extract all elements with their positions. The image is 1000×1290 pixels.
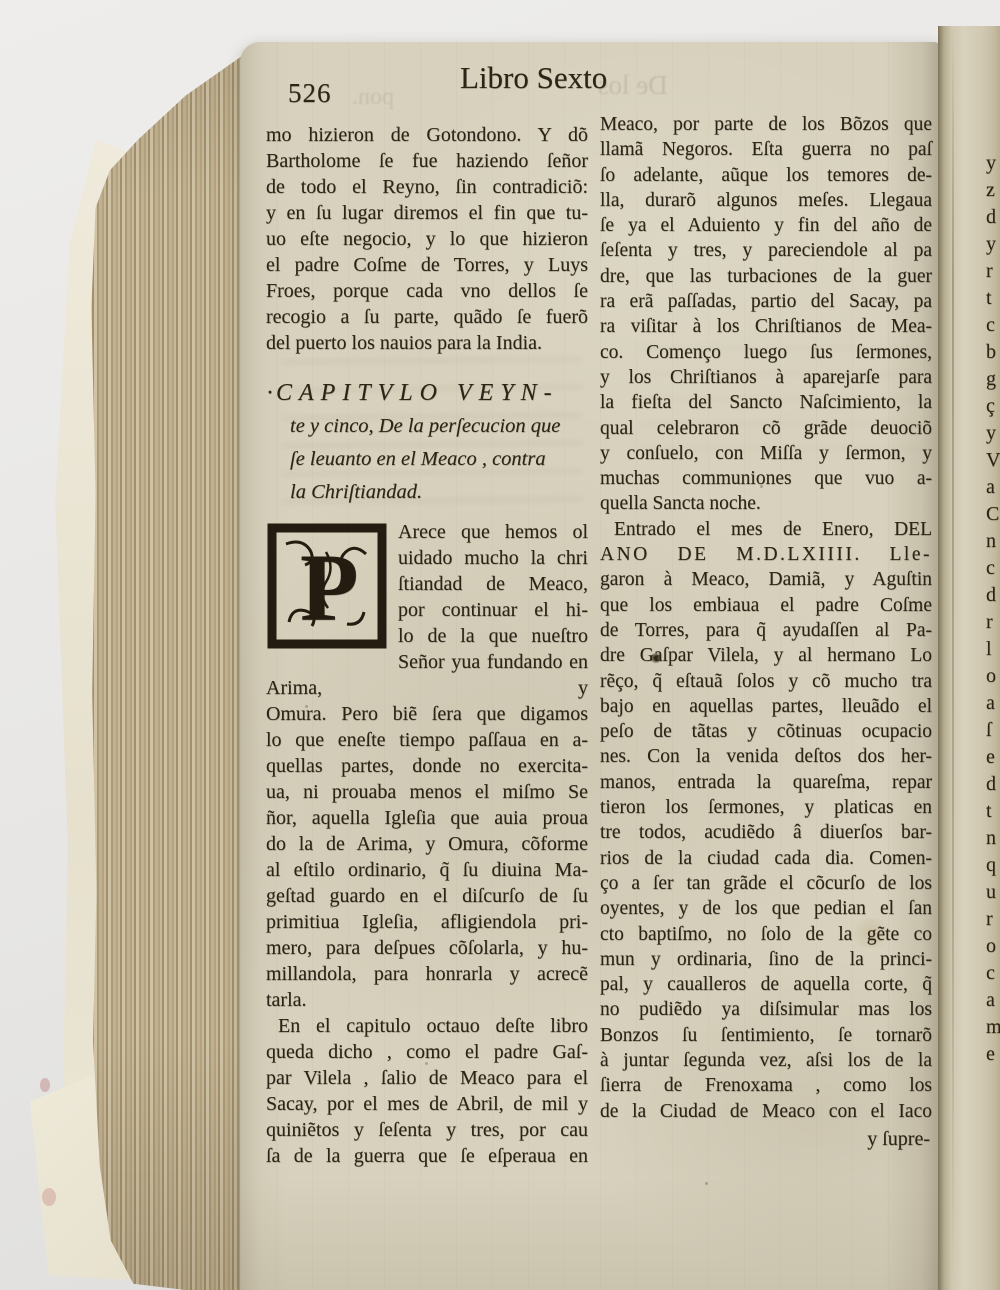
text-line: de la Ciudad de Meaco con el Iaco: [600, 1099, 932, 1124]
paragraph: En el capitulo octauo deſte libroqueda d…: [266, 1013, 588, 1169]
text-line: nes. Con la venida deſtos dos her-: [600, 744, 932, 769]
text-line: lla, durarõ algunos meſes. Llegaua: [600, 188, 932, 213]
text-line: t: [986, 798, 1000, 825]
text-line: ra erã paſſadas, partio del Sacay, pa: [600, 289, 932, 314]
text-line: geſtad guardo en el diſcurſo de ſu: [266, 883, 588, 909]
bleedthrough-text: De los: [598, 70, 668, 101]
catchword: y ſupre-: [600, 1127, 932, 1152]
text-line: primitiua Igleſia, afligiendola pri-: [266, 909, 588, 935]
text-line: Meaco, por parte de los Bõzos que: [600, 112, 932, 137]
text-line: peſo de tãtas y cõtinuas ocupacio: [600, 719, 932, 744]
text-line: ñor, aquella Igleſia que auia proua: [266, 805, 588, 831]
text-line: y en ſu lugar diremos el fin que tu-: [266, 200, 588, 226]
text-line: q: [986, 852, 1000, 879]
text-line: y: [986, 150, 1000, 177]
text-line: ſo adelante, aũque los temores de-: [600, 163, 932, 188]
text-line: mun y ordinaria, ſino de la princi-: [600, 947, 932, 972]
facing-page-letter-fragments: yzdyrtcbgçyVaCncdrloaſedtnqurocame: [986, 150, 1000, 1230]
text-line: g: [986, 366, 1000, 393]
column-left: mo hizieron de Gotondono. Y dõBartholome…: [266, 122, 588, 1169]
text-line: par Vilela , ſalio de Meaco para el: [266, 1065, 588, 1091]
text-line: o: [986, 663, 1000, 690]
text-line: m: [986, 1014, 1000, 1041]
text-line: Sacay, por el mes de Abril, de mil y: [266, 1091, 588, 1117]
text-line: y los Chriſtianos à aparejarſe para: [600, 365, 932, 390]
text-line: ſe leuanto en el Meaco , contra: [290, 443, 588, 476]
text-line: quellas partes, donde no exercita-: [266, 753, 588, 779]
text-line: a: [986, 987, 1000, 1014]
text-line: ç: [986, 393, 1000, 420]
text-line: dre Gaſpar Vilela, y al hermano Lo: [600, 643, 932, 668]
text-line: Señor yua fundando en Arima, y: [266, 649, 588, 701]
text-line: Omura. Pero biẽ ſera que digamos: [266, 701, 588, 727]
red-mark: [40, 1078, 50, 1092]
text-line: a: [986, 690, 1000, 717]
running-title: Libro Sexto: [460, 60, 607, 96]
text-line: oyentes, y de los que pedian el ſan: [600, 896, 932, 921]
paragraph-marker: ·: [266, 380, 276, 406]
text-line: b: [986, 339, 1000, 366]
text-line: c: [986, 312, 1000, 339]
text-line: t: [986, 285, 1000, 312]
text-line: Bartholome ſe fue haziendo ſeñor: [266, 148, 588, 174]
text-line: l: [986, 636, 1000, 663]
text-line: uo eſte negocio, y lo que hizieron: [266, 226, 588, 252]
text-line: del puerto los nauios para la India.: [266, 330, 588, 356]
chapter-heading: ·CAPITVLO VEYN- te y cinco, De la perſec…: [266, 376, 588, 509]
text-line: queda dicho , como el padre Gaſ-: [266, 1039, 588, 1065]
text-line: de Torres, para q̃ ayudaſſen al Pa-: [600, 618, 932, 643]
paragraph-continuation: Meaco, por parte de los Bõzos quellamã N…: [600, 112, 932, 517]
fanned-page-edges: [88, 46, 256, 1290]
text-line: y conſuelo, con Miſſa y ſermon, y: [600, 441, 932, 466]
text-line: rios de la ciudad cada dia. Comen-: [600, 846, 932, 871]
text-line: ua, ni prouaba menos el miſmo Se: [266, 779, 588, 805]
text-line: que los embiaua el padre Coſme: [600, 593, 932, 618]
paragraph: Entrado el mes de Enero, DELANO DE M.D.L…: [600, 517, 932, 1124]
bleedthrough-text: pon.: [352, 84, 394, 111]
chapter-heading-line1: ·CAPITVLO VEYN-: [266, 376, 588, 410]
text-line: ſeſenta y tres, y pareciendole al pa: [600, 238, 932, 263]
chapter-heading-rest: te y cinco, De la perſecucion queſe leua…: [266, 410, 588, 509]
column-right: Meaco, por parte de los Bõzos quellamã N…: [600, 112, 932, 1152]
book-photo: { "page": { "number": "526", "running_ti…: [0, 0, 1000, 1290]
text-line: recogio a ſu parte, quãdo ſe fuerõ: [266, 304, 588, 330]
paper-specks: [0, 0, 3, 3]
text-line: dre, que las turbaciones de la guer: [600, 264, 932, 289]
text-line: C: [986, 501, 1000, 528]
text-line: ſa de la guerra que ſe eſperaua en: [266, 1143, 588, 1169]
text-line: d: [986, 771, 1000, 798]
text-line: llamã Negoros. Eſta guerra no paſ: [600, 137, 932, 162]
text-line: u: [986, 879, 1000, 906]
text-line: En el capitulo octauo deſte libro: [266, 1013, 588, 1039]
woodcut-initial-P: P: [266, 522, 388, 650]
text-line: ſierra de Frenoxama , como los: [600, 1073, 932, 1098]
text-line: d: [986, 582, 1000, 609]
text-line: ANO DE M.D.LXIIII. Lle-: [600, 542, 932, 567]
text-line: el padre Coſme de Torres, y Luys: [266, 252, 588, 278]
text-line: à juntar ſegunda vez, aſsi los de la: [600, 1048, 932, 1073]
text-line: quella Sancta noche.: [600, 491, 932, 516]
text-line: Entrado el mes de Enero, DEL: [600, 517, 932, 542]
text-line: tieron los ſermones, y platicas en: [600, 795, 932, 820]
text-line: bajo en aquellas partes, lleuãdo el: [600, 694, 932, 719]
text-line: V: [986, 447, 1000, 474]
text-line: tarla.: [266, 987, 588, 1013]
text-line: de todo el Reyno, ſin contradiciõ:: [266, 174, 588, 200]
text-line: z: [986, 177, 1000, 204]
text-line: mo hizieron de Gotondono. Y dõ: [266, 122, 588, 148]
text-line: e: [986, 1041, 1000, 1068]
text-line: qual celebraron cõ grãde deuociõ: [600, 416, 932, 441]
text-line: n: [986, 528, 1000, 555]
text-line: r: [986, 906, 1000, 933]
text-line: ſe ya el Aduiento y fin del año de: [600, 213, 932, 238]
paragraph-with-initial: P Arece que hemos oluidado mucho la chri…: [266, 519, 588, 1013]
text-line: do la de Arima, y Omura, cõforme: [266, 831, 588, 857]
text-line: quiniẽtos y ſeſenta y tres, por cau: [266, 1117, 588, 1143]
text-line: lo que eneſte tiempo paſſaua en a-: [266, 727, 588, 753]
text-line: garon à Meaco, Damiã, y Aguſtin: [600, 567, 932, 592]
text-line: r: [986, 258, 1000, 285]
text-line: Bonzos ſu ſentimiento, ſe tornarõ: [600, 1023, 932, 1048]
text-line: ço a ſer tan grãde el cõcurſo de los: [600, 871, 932, 896]
paragraph-continuation: mo hizieron de Gotondono. Y dõBartholome…: [266, 122, 588, 356]
text-line: c: [986, 555, 1000, 582]
text-line: y: [986, 231, 1000, 258]
text-line: d: [986, 204, 1000, 231]
text-line: e: [986, 744, 1000, 771]
text-line: manos, entrada la quareſma, repar: [600, 770, 932, 795]
text-line: y: [986, 420, 1000, 447]
text-line: mero, para deſpues cõſolarla, y hu-: [266, 935, 588, 961]
text-line: Froes, porque cada vno dellos ſe: [266, 278, 588, 304]
text-line: tre todos, acudiẽdo â diuerſos bar-: [600, 820, 932, 845]
text-line: cto baptiſmo, no ſolo de la gẽte co: [600, 922, 932, 947]
text-line: muchas communiones que vuo a-: [600, 466, 932, 491]
text-line: ra viſitar à los Chriſtianos de Mea-: [600, 314, 932, 339]
text-line: pal, y caualleros de aquella corte, q̃: [600, 972, 932, 997]
text-line: la Chriſtiandad.: [290, 476, 588, 509]
text-line: r: [986, 609, 1000, 636]
text-line: rẽço, q̃ eſtauã ſolos y cõ mucho tra: [600, 669, 932, 694]
text-line: a: [986, 474, 1000, 501]
text-line: co. Començo luego ſus ſermones,: [600, 340, 932, 365]
text-line: n: [986, 825, 1000, 852]
text-line: no pudiẽdo ya diſsimular mas los: [600, 997, 932, 1022]
text-line: o: [986, 933, 1000, 960]
text-line: millandola, para honrarla y acrecẽ: [266, 961, 588, 987]
text-line: c: [986, 960, 1000, 987]
text-line: al eſtilo ordinario, q̃ ſu diuina Ma-: [266, 857, 588, 883]
text-line: te y cinco, De la perſecucion que: [290, 410, 588, 443]
text-line: la fieſta del Sancto Naſcimiento, la: [600, 390, 932, 415]
page-number: 526: [288, 78, 332, 109]
text-line: ſ: [986, 717, 1000, 744]
